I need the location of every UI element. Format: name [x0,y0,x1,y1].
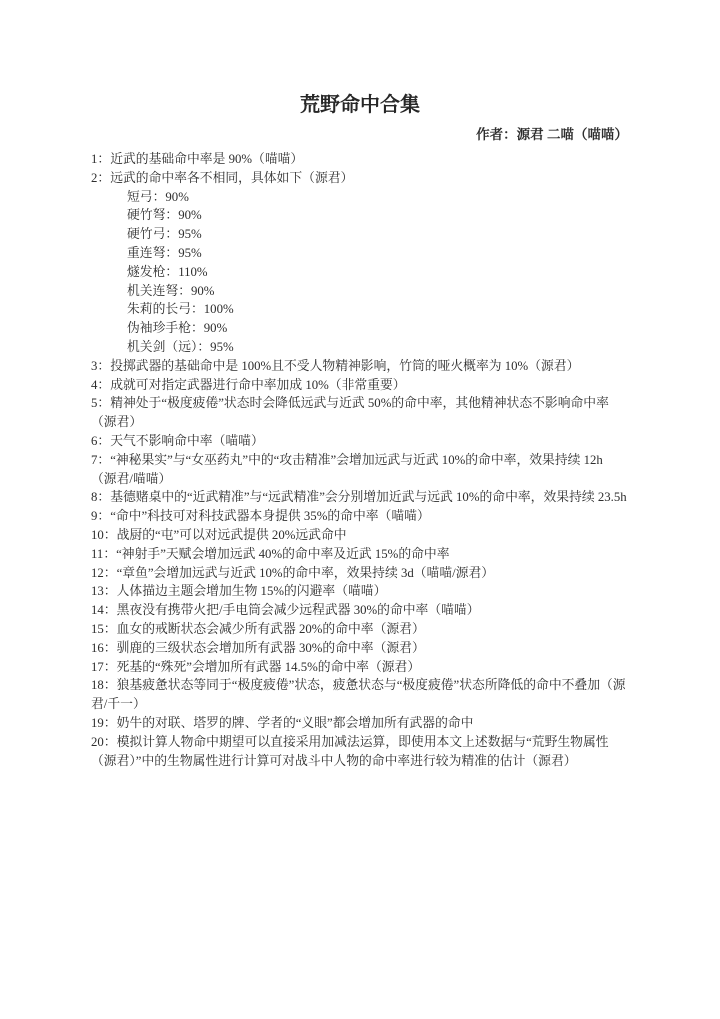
document-body: 1：近武的基础命中率是 90%（喵喵） 2：远武的命中率各不相同，具体如下（源君… [91,150,628,770]
list-item-16: 16：驯鹿的三级状态会增加所有武器 30%的命中率（源君） [91,639,628,658]
list-item-1: 1：近武的基础命中率是 90%（喵喵） [91,150,628,169]
weapon-stat-line: 重连弩：95% [91,244,628,263]
list-item-13: 13：人体描边主题会增加生物 15%的闪避率（喵喵） [91,582,628,601]
author-line: 作者：源君 二喵（喵喵） [91,127,628,143]
list-item-3: 3：投掷武器的基础命中是 100%且不受人物精神影响，竹筒的哑火概率为 10%（… [91,357,628,376]
weapon-stat-line: 伪袖珍手枪：90% [91,319,628,338]
document-page: 荒野命中合集 作者：源君 二喵（喵喵） 1：近武的基础命中率是 90%（喵喵） … [0,0,720,1019]
weapon-stat-line: 短弓：90% [91,188,628,207]
page-title: 荒野命中合集 [0,94,720,116]
list-item-11: 11：“神射手”天赋会增加远武 40%的命中率及近武 15%的命中率 [91,545,628,564]
weapon-stat-line: 燧发枪：110% [91,263,628,282]
list-item-5: 5：精神处于“极度疲倦”状态时会降低远武与近武 50%的命中率，其他精神状态不影… [91,394,628,432]
list-item-18: 18：狼基疲惫状态等同于“极度疲倦”状态，疲惫状态与“极度疲倦”状态所降低的命中… [91,676,628,714]
list-item-10: 10：战厨的“屯”可以对远武提供 20%远武命中 [91,526,628,545]
list-item-4: 4：成就可对指定武器进行命中率加成 10%（非常重要） [91,376,628,395]
weapon-stat-line: 机关连弩：90% [91,282,628,301]
list-item-19: 19：奶牛的对联、塔罗的牌、学者的“义眼”都会增加所有武器的命中 [91,714,628,733]
weapon-stat-line: 硬竹弩：90% [91,206,628,225]
list-item-6: 6：天气不影响命中率（喵喵） [91,432,628,451]
list-item-15: 15：血女的戒断状态会减少所有武器 20%的命中率（源君） [91,620,628,639]
list-item-9: 9：“命中”科技可对科技武器本身提供 35%的命中率（喵喵） [91,507,628,526]
list-item-17: 17：死基的“殊死”会增加所有武器 14.5%的命中率（源君） [91,658,628,677]
weapon-stat-line: 朱莉的长弓：100% [91,300,628,319]
list-item-20: 20：模拟计算人物命中期望可以直接采用加减法运算，即使用本文上述数据与“荒野生物… [91,733,628,771]
list-item-12: 12：“章鱼”会增加远武与近武 10%的命中率，效果持续 3d（喵喵/源君） [91,564,628,583]
list-item-2: 2：远武的命中率各不相同，具体如下（源君） [91,169,628,188]
weapon-stat-line: 机关剑（远）：95% [91,338,628,357]
weapon-stat-line: 硬竹弓：95% [91,225,628,244]
list-item-14: 14：黑夜没有携带火把/手电筒会减少远程武器 30%的命中率（喵喵） [91,601,628,620]
list-item-8: 8：基德赌桌中的“近武精准”与“远武精准”会分别增加近武与远武 10%的命中率，… [91,488,628,507]
list-item-7: 7：“神秘果实”与“女巫药丸”中的“攻击精准”会增加远武与近武 10%的命中率，… [91,451,628,489]
